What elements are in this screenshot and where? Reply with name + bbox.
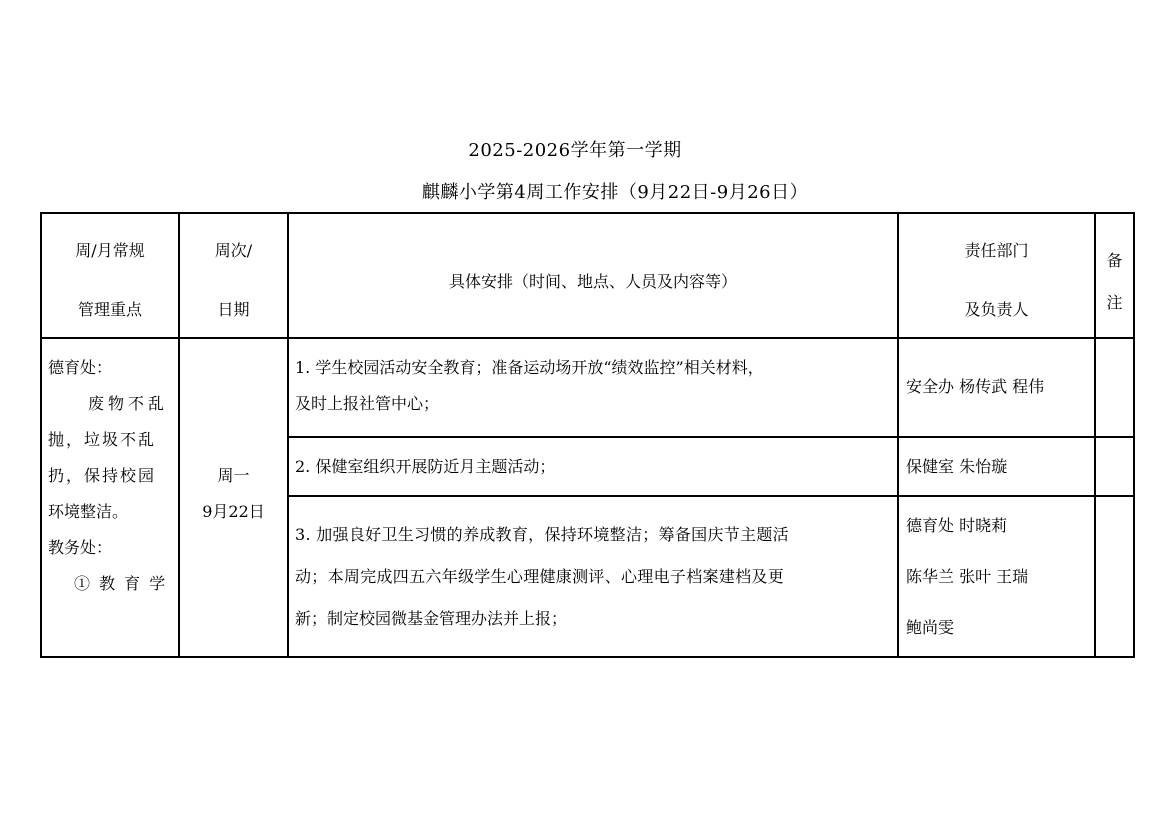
table-border-right <box>1133 212 1135 658</box>
header-week-date: 周次/ 日期 <box>180 238 287 323</box>
header-text: 注 <box>1096 290 1133 316</box>
routine-text: 德育处： <box>48 355 174 391</box>
arrangement-cell-2: 2. 保健室组织开展防近月主题活动； <box>295 454 895 480</box>
arrangement-text: 3. 加强良好卫生习惯的养成教育，保持环境整洁；筹备国庆节主题活 <box>295 522 895 564</box>
header-routine-focus: 周/月常规 管理重点 <box>42 238 178 323</box>
header-remark: 备 注 <box>1096 248 1133 316</box>
routine-focus-cell: 德育处： 废物不乱 抛，垃圾不乱 扔，保持校园 环境整洁。 教务处： ① 教 育… <box>48 355 174 607</box>
arrangement-cell-3: 3. 加强良好卫生习惯的养成教育，保持环境整洁；筹备国庆节主题活 动；本周完成四… <box>295 522 895 632</box>
routine-text: 废物不乱 <box>48 391 174 427</box>
header-arrangement: 具体安排（时间、地点、人员及内容等） <box>289 269 897 295</box>
weekday-text: 周一 <box>180 463 287 489</box>
day-cell: 周一 9月22日 <box>180 463 287 525</box>
header-responsible: 责任部门 及负责人 <box>899 238 1094 323</box>
header-divider <box>40 337 1135 339</box>
document-title-term: 2025-2026学年第一学期 <box>0 136 1160 162</box>
responsible-text: 德育处 时晓莉 <box>906 513 1092 564</box>
responsible-text: 陈华兰 张叶 王瑞 <box>906 564 1092 615</box>
responsible-cell-3: 德育处 时晓莉 陈华兰 张叶 王瑞 鲍尚雯 <box>906 513 1092 641</box>
arrangement-text: 1. 学生校园活动安全教育；准备运动场开放“绩效监控”相关材料， <box>295 355 895 391</box>
header-text: 周次/ <box>180 238 287 264</box>
header-text: 责任部门 <box>899 238 1094 264</box>
schedule-table: 周/月常规 管理重点 周次/ 日期 具体安排（时间、地点、人员及内容等） 责任部… <box>40 212 1135 658</box>
responsible-cell-1: 安全办 杨传武 程伟 <box>906 374 1092 400</box>
routine-text: 环境整洁。 <box>48 499 174 535</box>
table-border-top <box>40 212 1135 214</box>
row-divider <box>287 436 1135 438</box>
arrangement-text: 新；制定校园微基金管理办法并上报； <box>295 606 895 632</box>
document-title-schedule: 麒麟小学第4周工作安排（9月22日-9月26日） <box>30 178 1170 204</box>
routine-text: ① 教 育 学 <box>48 571 174 607</box>
date-text: 9月22日 <box>180 499 287 525</box>
header-text: 日期 <box>180 297 287 323</box>
routine-text: 抛，垃圾不乱 <box>48 427 174 463</box>
table-border-bottom <box>40 656 1135 658</box>
routine-text: 扔，保持校园 <box>48 463 174 499</box>
header-text: 周/月常规 <box>42 238 178 264</box>
row-divider <box>287 495 1135 497</box>
arrangement-text: 动；本周完成四五六年级学生心理健康测评、心理电子档案建档及更 <box>295 564 895 606</box>
routine-text: 教务处： <box>48 535 174 571</box>
arrangement-cell-1: 1. 学生校园活动安全教育；准备运动场开放“绩效监控”相关材料， 及时上报社管中… <box>295 355 895 417</box>
header-text: 备 <box>1096 248 1133 274</box>
responsible-text: 鲍尚雯 <box>906 615 1092 641</box>
arrangement-text: 及时上报社管中心； <box>295 391 895 417</box>
header-text: 管理重点 <box>42 297 178 323</box>
responsible-cell-2: 保健室 朱怡璇 <box>906 454 1092 480</box>
header-text: 及负责人 <box>899 297 1094 323</box>
